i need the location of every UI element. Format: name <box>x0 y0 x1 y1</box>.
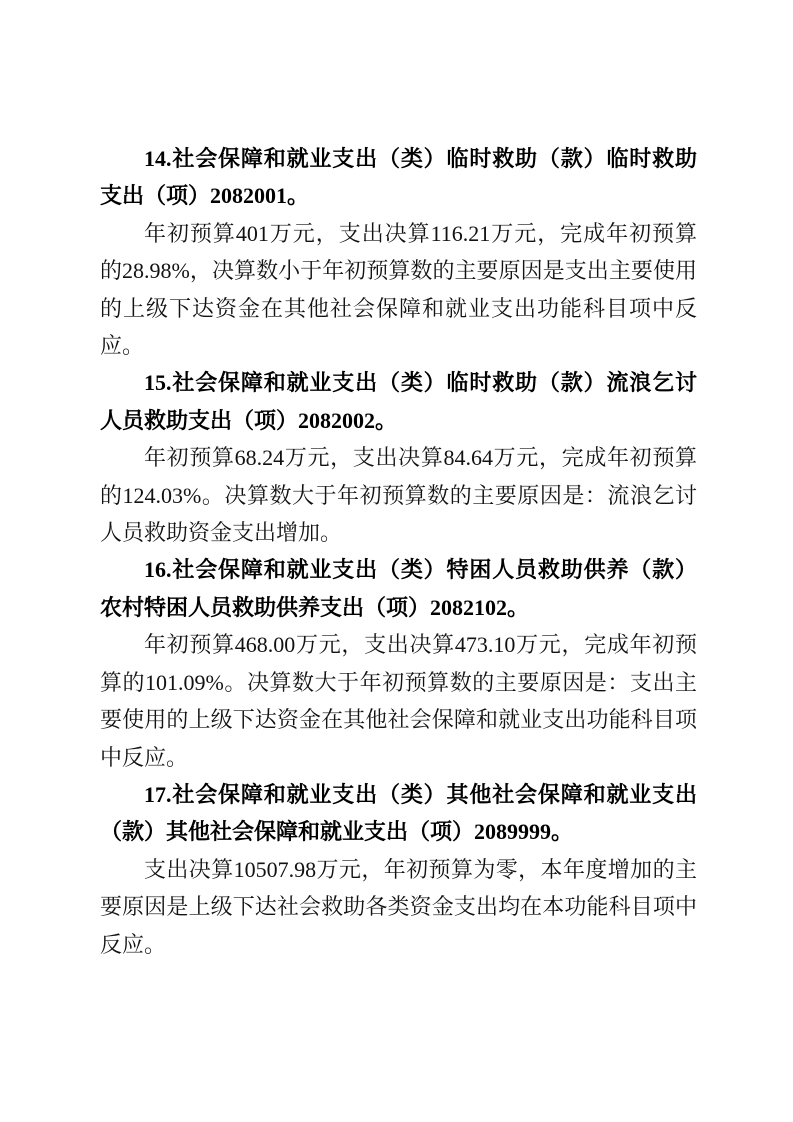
section-17-paragraph: 支出决算10507.98万元，年初预算为零，本年度增加的主要原因是上级下达社会救… <box>100 851 697 963</box>
document-page: 14.社会保障和就业支出（类）临时救助（款）临时救助支出（项）2082001。 … <box>0 0 793 1122</box>
section-15-heading: 15.社会保障和就业支出（类）临时救助（款）流浪乞讨人员救助支出（项）20820… <box>100 364 697 439</box>
document-content: 14.社会保障和就业支出（类）临时救助（款）临时救助支出（项）2082001。 … <box>100 140 697 963</box>
section-17-heading: 17.社会保障和就业支出（类）其他社会保障和就业支出（款）其他社会保障和就业支出… <box>100 776 697 851</box>
section-14-paragraph: 年初预算401万元，支出决算116.21万元，完成年初预算的28.98%，决算数… <box>100 215 697 365</box>
section-15-paragraph: 年初预算68.24万元，支出决算84.64万元，完成年初预算的124.03%。决… <box>100 439 697 551</box>
section-16-paragraph: 年初预算468.00万元，支出决算473.10万元，完成年初预算的101.09%… <box>100 626 697 776</box>
section-14-heading: 14.社会保障和就业支出（类）临时救助（款）临时救助支出（项）2082001。 <box>100 140 697 215</box>
section-16-heading: 16.社会保障和就业支出（类）特困人员救助供养（款）农村特困人员救助供养支出（项… <box>100 551 697 626</box>
